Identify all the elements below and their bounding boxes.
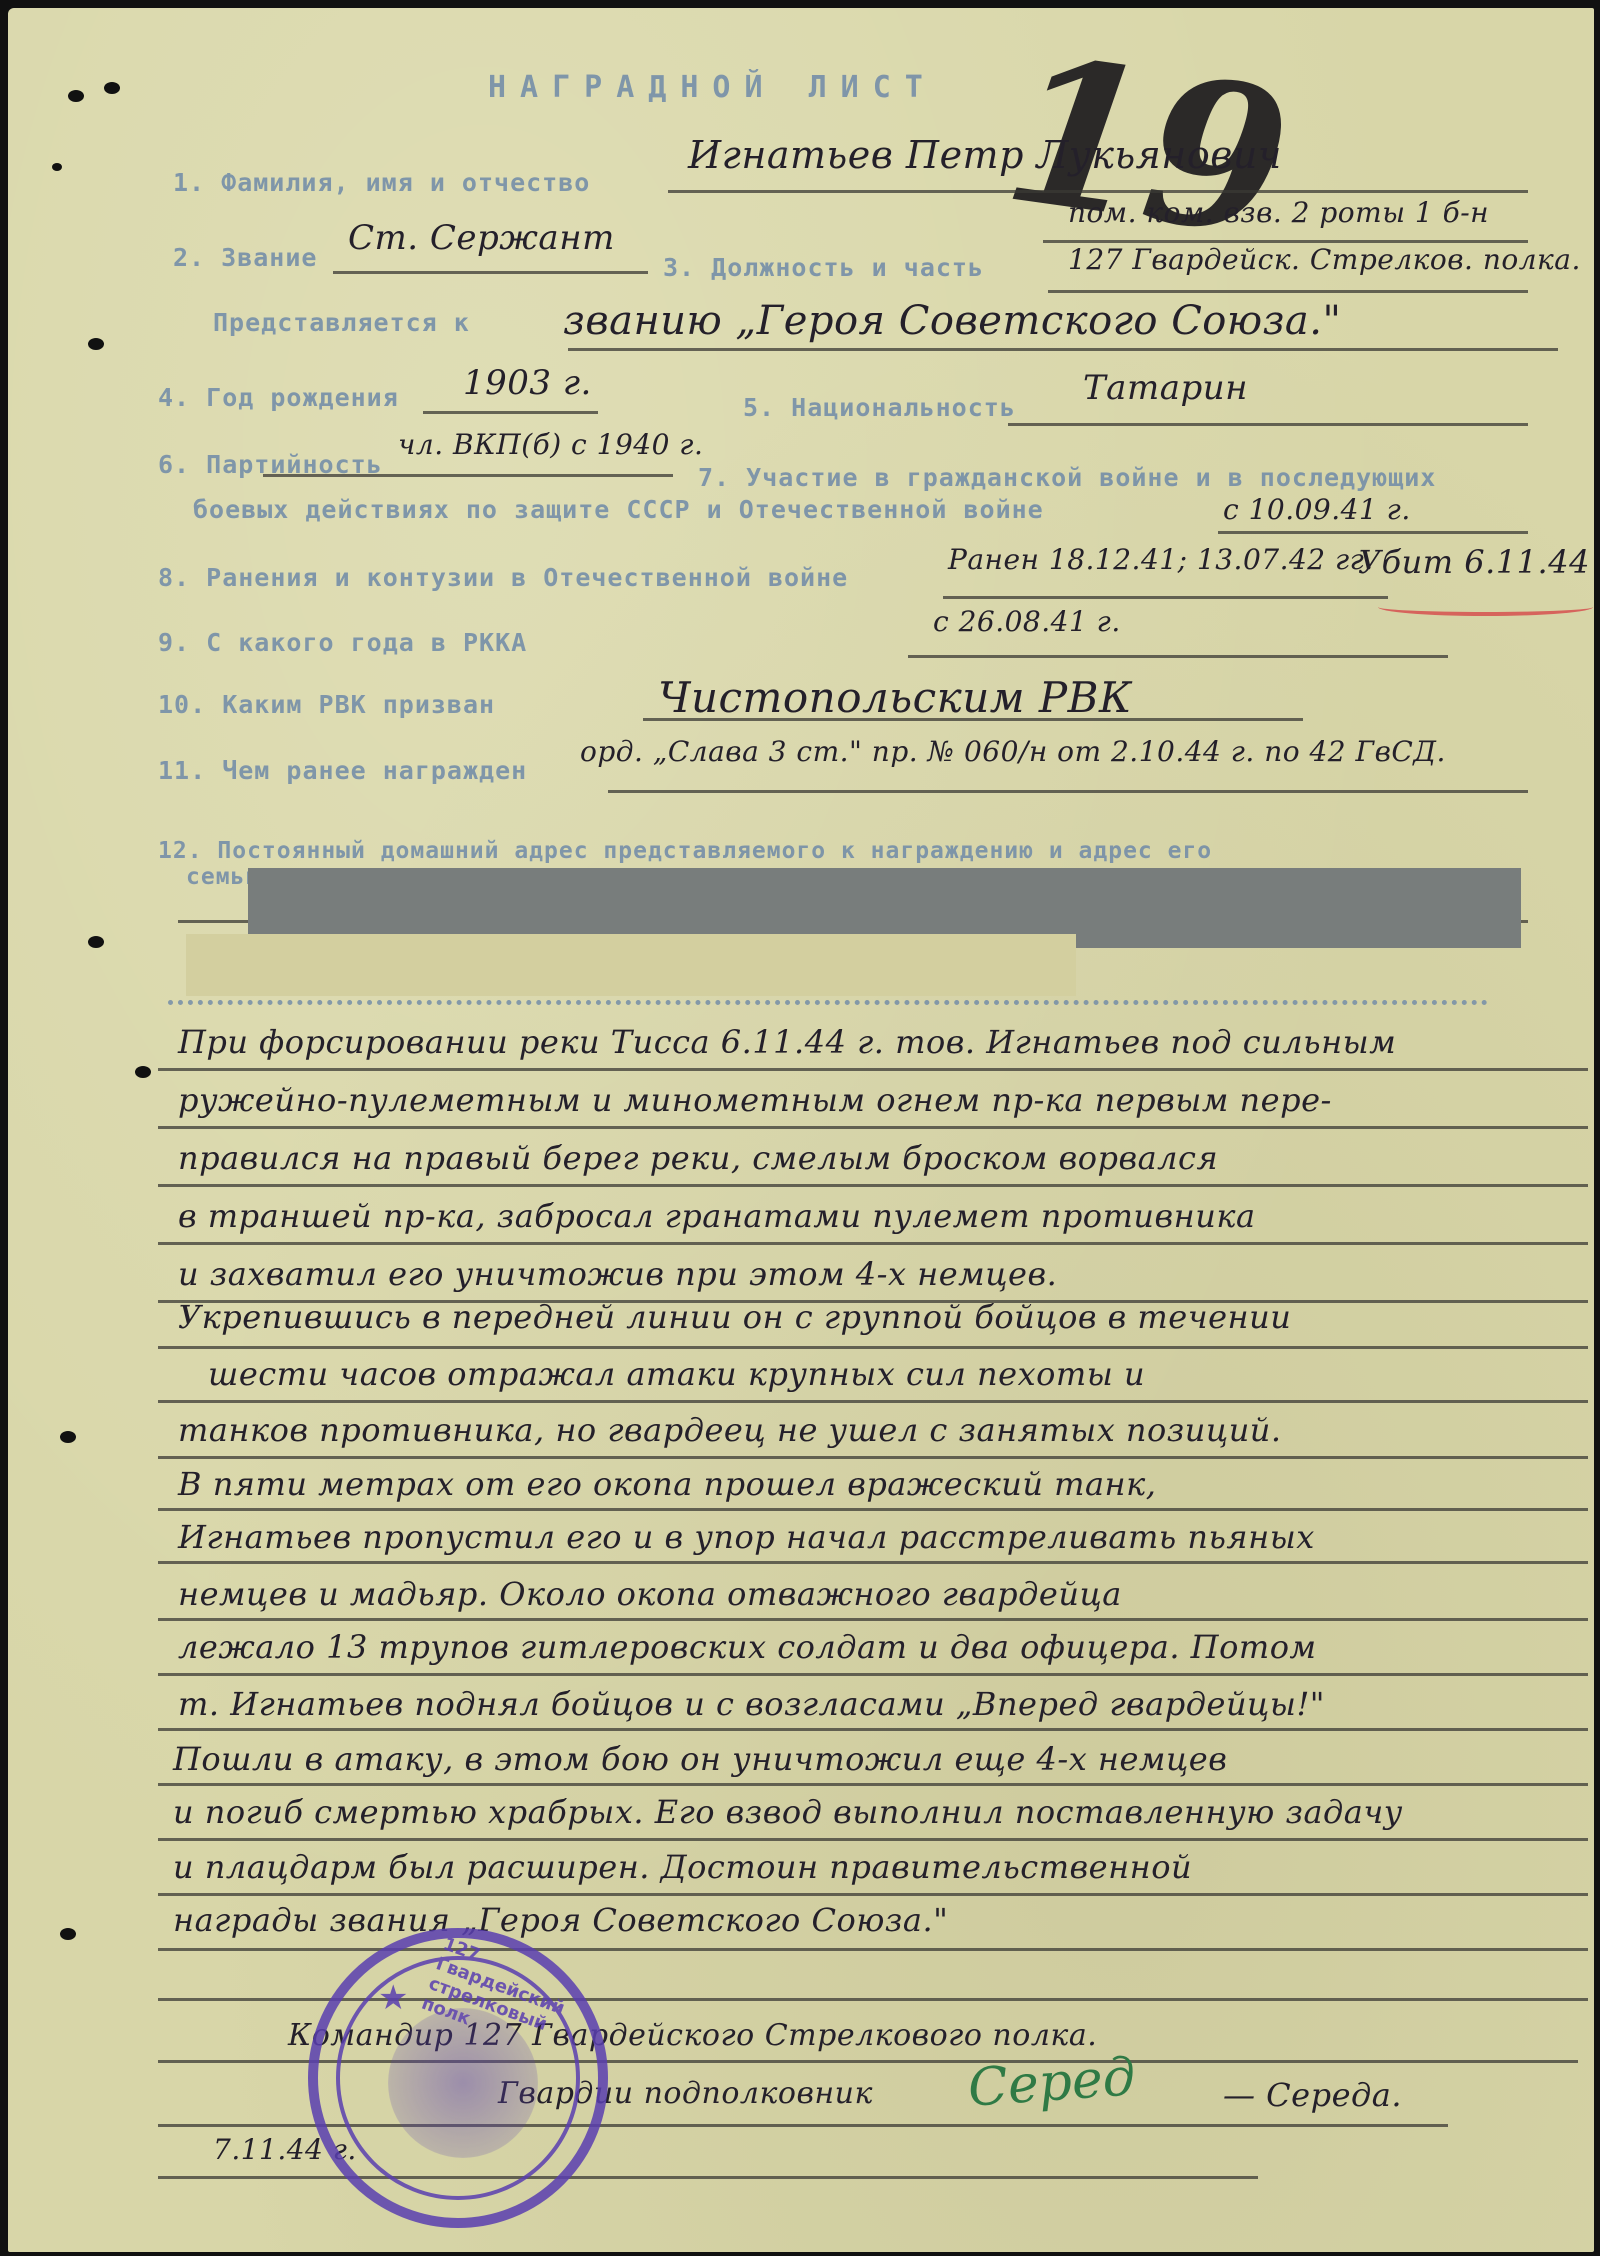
narrative-line: шести часов отражал атаки крупных сил пе…: [208, 1355, 1145, 1393]
rule: [158, 1618, 1588, 1621]
field-note-killed: Убит 6.11.44 г.: [1358, 543, 1600, 581]
field-label-nominated: Представляется к: [213, 308, 470, 337]
field-value-previous-awards: орд. „Слава 3 ст." пр. № 060/н от 2.10.4…: [580, 735, 1446, 768]
narrative-line: правился на правый берег реки, смелым бр…: [178, 1139, 1218, 1177]
narrative-line: награды звания „Героя Советского Союза.": [173, 1901, 948, 1939]
commander-signature: Серед: [966, 2047, 1137, 2119]
narrative-line: Укрепившись в передней линии он с группо…: [178, 1298, 1291, 1336]
rule: [1218, 531, 1528, 534]
field-value-name: Игнатьев Петр Лукьянович: [688, 133, 1282, 177]
rule: [158, 1508, 1588, 1511]
star-icon: ★: [378, 1978, 408, 2018]
rule: [158, 1783, 1588, 1786]
rule: [158, 1068, 1588, 1071]
punch-hole: [88, 936, 104, 948]
field-label-war-participation-1: 7. Участие в гражданской войне и в после…: [698, 463, 1436, 492]
field-label-drafted-by: 10. Каким РВК призван: [158, 690, 495, 719]
punch-hole: [68, 90, 84, 102]
field-value-rank: Ст. Сержант: [348, 218, 615, 258]
rule: [263, 474, 673, 477]
narrative-line: Пошли в атаку, в этом бою он уничтожил е…: [173, 1740, 1227, 1778]
narrative-line: и плацдарм был расширен. Достоин правите…: [173, 1848, 1192, 1886]
field-value-army-since: с 26.08.41 г.: [933, 605, 1121, 638]
field-value-war-participation: с 10.09.41 г.: [1223, 493, 1411, 526]
field-value-wounds: Ранен 18.12.41; 13.07.42 гг.: [948, 543, 1374, 576]
narrative-line: и погиб смертью храбрых. Его взвод выпол…: [173, 1793, 1403, 1831]
award-sheet-paper: НАГРАДНОЙ ЛИСТ 19 1. Фамилия, имя и отче…: [8, 8, 1594, 2252]
punch-hole: [135, 1066, 151, 1078]
narrative-line: лежало 13 трупов гитлеровских солдат и д…: [178, 1628, 1316, 1666]
rule: [158, 1673, 1588, 1676]
field-label-position: 3. Должность и часть: [663, 253, 984, 282]
field-label-rank: 2. Звание: [173, 243, 317, 272]
field-label-nationality: 5. Национальность: [743, 393, 1016, 422]
field-label-war-participation-2: боевых действиях по защите СССР и Отечес…: [193, 495, 1044, 524]
narrative-line: в траншей пр-ка, забросал гранатами пуле…: [178, 1197, 1256, 1235]
rule: [668, 190, 1528, 193]
punch-hole: [52, 163, 62, 171]
field-value-position-line2: 127 Гвардейск. Стрелков. полка.: [1068, 243, 1581, 276]
field-label-wounds: 8. Ранения и контузии в Отечественной во…: [158, 563, 848, 592]
narrative-line: немцев и мадьяр. Около окопа отважного г…: [178, 1575, 1122, 1613]
rule: [333, 271, 648, 274]
rule: [158, 1456, 1588, 1459]
section-divider: [168, 1000, 1488, 1011]
rule: [158, 1400, 1588, 1403]
signer-name: — Середа.: [1223, 2076, 1402, 2114]
field-value-birth-year: 1903 г.: [463, 363, 592, 403]
document-title: НАГРАДНОЙ ЛИСТ: [488, 70, 937, 105]
field-label-previous-awards: 11. Чем ранее награжден: [158, 756, 527, 785]
field-label-birth-year: 4. Год рождения: [158, 383, 399, 412]
narrative-line: При форсировании реки Тисса 6.11.44 г. т…: [178, 1023, 1396, 1061]
field-value-nationality: Татарин: [1083, 368, 1248, 408]
rule: [158, 1838, 1588, 1841]
rule: [908, 655, 1448, 658]
narrative-line: танков противника, но гвардеец не ушел с…: [178, 1411, 1282, 1449]
rule: [1048, 290, 1528, 293]
field-value-nominated: званию „Героя Советского Союза.": [563, 298, 1341, 344]
narrative-line: В пяти метрах от его окопа прошел вражес…: [178, 1465, 1156, 1503]
redacted-address-block-light: [186, 934, 1076, 996]
punch-hole: [88, 338, 104, 350]
regiment-seal-stamp: ★ 127 Гвардейский стрелковый полк: [308, 1928, 608, 2228]
field-label-army-since: 9. С какого года в РККА: [158, 628, 527, 657]
rule: [568, 348, 1558, 351]
field-value-position-line1: пом. ком. взв. 2 роты 1 б-н: [1068, 196, 1489, 229]
rule: [423, 411, 598, 414]
narrative-line: Игнатьев пропустил его и в упор начал ра…: [178, 1518, 1315, 1556]
rule: [1008, 423, 1528, 426]
rule: [158, 1728, 1588, 1731]
rule: [643, 718, 1303, 721]
rule: [608, 790, 1528, 793]
narrative-line: т. Игнатьев поднял бойцов и с возгласами…: [178, 1685, 1325, 1723]
field-value-drafted-by: Чистопольским РВК: [658, 673, 1132, 722]
field-label-address-1: 12. Постоянный домашний адрес представля…: [158, 838, 1212, 864]
rule: [158, 2176, 1258, 2179]
rule: [158, 1561, 1588, 1564]
rule: [943, 596, 1388, 599]
narrative-line: ружейно-пулеметным и минометным огнем пр…: [178, 1081, 1332, 1119]
rule: [158, 1242, 1588, 1245]
narrative-line: и захватил его уничтожив при этом 4-х не…: [178, 1255, 1057, 1293]
rule: [158, 1184, 1588, 1187]
rule: [158, 1126, 1588, 1129]
red-pencil-underline: [1378, 598, 1593, 616]
punch-hole: [104, 82, 120, 94]
rule: [158, 1893, 1588, 1896]
punch-hole: [60, 1928, 76, 1940]
field-value-party: чл. ВКП(б) с 1940 г.: [398, 428, 703, 461]
field-label-name: 1. Фамилия, имя и отчество: [173, 168, 590, 197]
rule: [158, 1346, 1588, 1349]
rule: [158, 1948, 1588, 1951]
punch-hole: [60, 1431, 76, 1443]
